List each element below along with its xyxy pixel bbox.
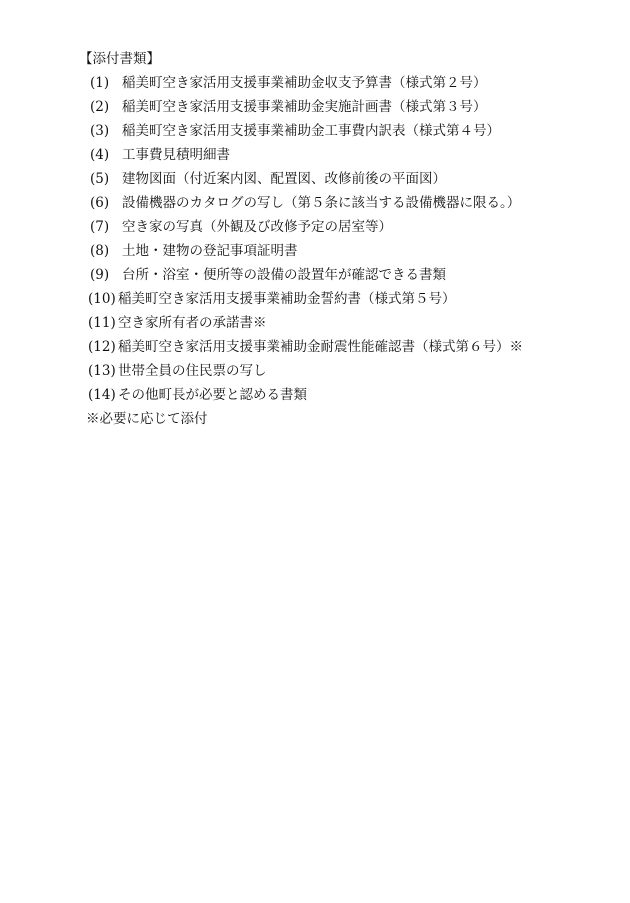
item-text: 稲美町空き家活用支援事業補助金工事費内訳表（様式第４号） [122,122,500,140]
item-number: (10) [88,290,116,308]
item-number: (5) [90,170,109,188]
item-text: 稲美町空き家活用支援事業補助金誓約書（様式第５号） [118,290,456,308]
item-number: (2) [90,98,109,116]
item-text: 土地・建物の登記事項証明書 [122,242,298,260]
item-text: 稲美町空き家活用支援事業補助金耐震性能確認書（様式第６号）※ [118,338,523,356]
item-number: (8) [90,242,109,260]
item-text: 空き家所有者の承諾書※ [118,314,267,332]
attachments-heading: 【添付書類】 [79,50,160,68]
item-number: (9) [90,266,109,284]
item-number: (1) [90,74,109,92]
document-page: 【添付書類】 (1) 稲美町空き家活用支援事業補助金収支予算書（様式第２号） (… [0,0,630,903]
item-text: 設備機器のカタログの写し（第５条に該当する設備機器に限る。） [122,194,520,212]
item-number: (3) [90,122,109,140]
item-text: 台所・浴室・便所等の設備の設置年が確認できる書類 [122,266,446,284]
item-number: (4) [90,146,109,164]
item-text: 稲美町空き家活用支援事業補助金実施計画書（様式第３号） [122,98,487,116]
item-number: (14) [88,386,116,404]
item-number: (6) [90,194,109,212]
item-text: その他町長が必要と認める書類 [118,386,307,404]
item-text: 世帯全員の住民票の写し [118,362,267,380]
item-number: (13) [88,362,116,380]
item-number: (7) [90,218,109,236]
item-text: 建物図面（付近案内図、配置図、改修前後の平面図） [122,170,446,188]
item-number: (11) [88,314,116,332]
item-text: 空き家の写真（外観及び改修予定の居室等） [122,218,392,236]
item-text: 工事費見積明細書 [122,146,230,164]
item-text: 稲美町空き家活用支援事業補助金収支予算書（様式第２号） [122,74,487,92]
footnote: ※必要に応じて添付 [86,410,208,428]
item-number: (12) [88,338,116,356]
